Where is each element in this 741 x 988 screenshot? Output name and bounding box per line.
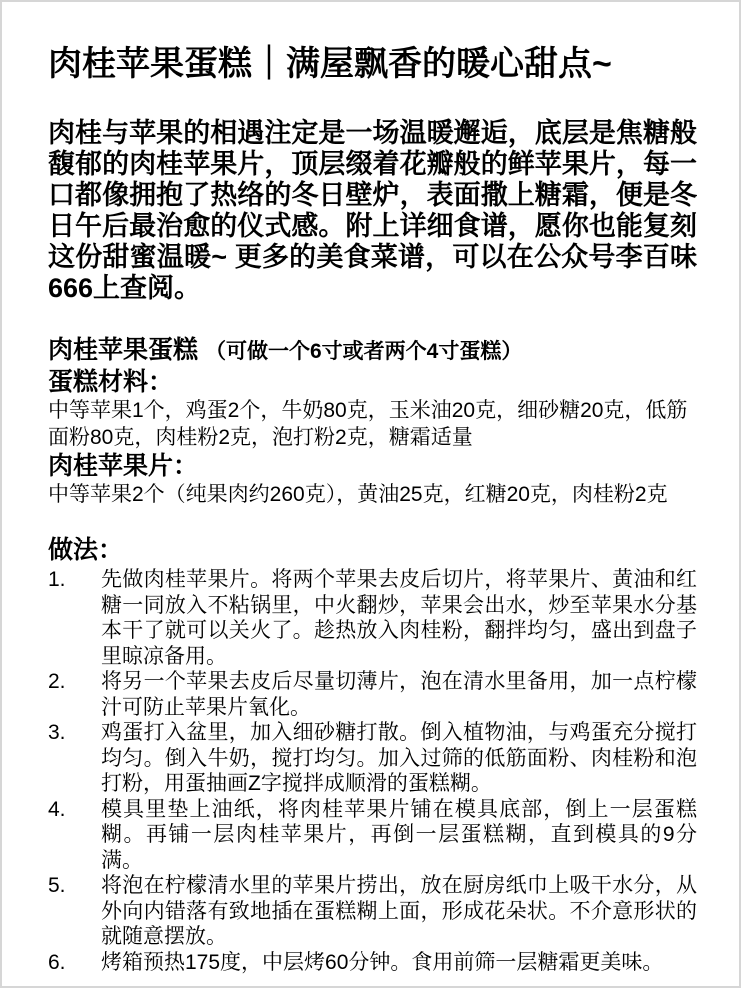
intro-paragraph: 肉桂与苹果的相遇注定是一场温暖邂逅，底层是焦糖般馥郁的肉桂苹果片，顶层缀着花瓣般…: [48, 118, 697, 304]
step-item: 5. 将泡在柠檬清水里的苹果片捞出，放在厨房纸巾上吸干水分，从外向内错落有致地插…: [48, 873, 697, 950]
step-number: 6.: [48, 950, 101, 976]
yield-note: （可做一个6寸或者两个4寸蛋糕）: [205, 340, 522, 363]
step-number: 2.: [48, 669, 101, 720]
step-item: 4. 模具里垫上油纸，将肉桂苹果片铺在模具底部，倒上一层蛋糕糊。再铺一层肉桂苹果…: [48, 797, 697, 874]
page-title: 肉桂苹果蛋糕｜满屋飘香的暖心甜点~: [48, 44, 697, 85]
step-item: 2. 将另一个苹果去皮后尽量切薄片，泡在清水里备用，加一点柠檬汁可防止苹果片氧化…: [48, 669, 697, 720]
step-text: 鸡蛋打入盆里，加入细砂糖打散。倒入植物油，与鸡蛋充分搅打均匀。倒入牛奶，搅打均匀…: [101, 720, 697, 797]
apple-slices-text: 中等苹果2个（纯果肉约260克），黄油25克，红糖20克，肉桂粉2克: [48, 481, 697, 508]
step-item: 6. 烤箱预热175度，中层烤60分钟。食用前筛一层糖霜更美味。: [48, 950, 697, 976]
steps-list: 1. 先做肉桂苹果片。将两个苹果去皮后切片，将苹果片、黄油和红糖一同放入不粘锅里…: [48, 567, 697, 975]
apple-slices-heading: 肉桂苹果片：: [48, 451, 697, 481]
step-item: 3. 鸡蛋打入盆里，加入细砂糖打散。倒入植物油，与鸡蛋充分搅打均匀。倒入牛奶，搅…: [48, 720, 697, 797]
step-number: 5.: [48, 873, 101, 950]
step-text: 烤箱预热175度，中层烤60分钟。食用前筛一层糖霜更美味。: [101, 950, 697, 976]
step-item: 1. 先做肉桂苹果片。将两个苹果去皮后切片，将苹果片、黄油和红糖一同放入不粘锅里…: [48, 567, 697, 669]
step-number: 3.: [48, 720, 101, 797]
step-text: 模具里垫上油纸，将肉桂苹果片铺在模具底部，倒上一层蛋糕糊。再铺一层肉桂苹果片，再…: [101, 797, 697, 874]
step-text: 将另一个苹果去皮后尽量切薄片，泡在清水里备用，加一点柠檬汁可防止苹果片氧化。: [101, 669, 697, 720]
step-text: 将泡在柠檬清水里的苹果片捞出，放在厨房纸巾上吸干水分，从外向内错落有致地插在蛋糕…: [101, 873, 697, 950]
step-number: 4.: [48, 797, 101, 874]
recipe-document-page: 肉桂苹果蛋糕｜满屋飘香的暖心甜点~ 肉桂与苹果的相遇注定是一场温暖邂逅，底层是焦…: [0, 0, 741, 988]
steps-heading: 做法：: [48, 535, 697, 565]
cake-ingredients-heading: 蛋糕材料：: [48, 367, 697, 397]
step-number: 1.: [48, 567, 101, 669]
step-text: 先做肉桂苹果片。将两个苹果去皮后切片，将苹果片、黄油和红糖一同放入不粘锅里，中火…: [101, 567, 697, 669]
cake-ingredients-text: 中等苹果1个，鸡蛋2个，牛奶80克，玉米油20克，细砂糖20克，低筋面粉80克，…: [48, 397, 697, 451]
recipe-name: 肉桂苹果蛋糕: [48, 336, 198, 364]
recipe-name-heading: 肉桂苹果蛋糕 （可做一个6寸或者两个4寸蛋糕）: [48, 335, 697, 367]
